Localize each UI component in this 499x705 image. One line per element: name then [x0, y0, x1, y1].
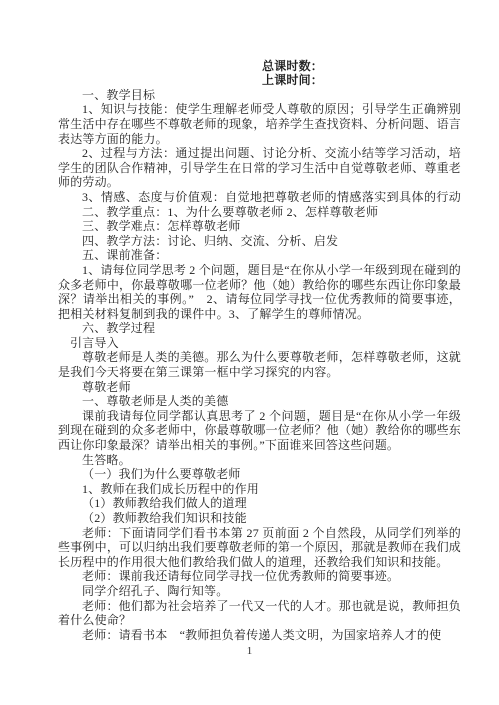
document-line: 五、课前准备：: [58, 248, 461, 263]
document-line: （2）教师教给我们知识和技能: [58, 511, 461, 526]
document-line: 1、教师在我们成长历程中的作用: [58, 482, 461, 497]
document-line: 四、教学方法：讨论、归纳、交流、分析、启发: [58, 234, 461, 249]
header-line-type: 课型：新授 总课时数：: [58, 59, 461, 74]
document-line: 众多老师中，你最尊敬哪一位老师？他（她）教给你的哪些东西让你印象最: [58, 278, 461, 293]
document-line: 着什么使命？: [58, 613, 461, 628]
document-line: 老师：课前我还请每位同学寻找一位优秀教师的简要事迹。: [58, 569, 461, 584]
document-line: 生答略。: [58, 453, 461, 468]
document-line: 1、知识与技能：使学生理解老师受人尊敬的原因；引导学生正确辨别日: [58, 102, 461, 117]
document-page: 课题：尊敬老师 课型：新授 总课时数： 备课时间： 上课时间： 一、教学目标1、…: [0, 0, 499, 705]
document-line: 老师：下面请同学们看书本第 27 页前面 2 个自然段，从同学们列举的这: [58, 526, 461, 541]
document-content: 课题：尊敬老师 课型：新授 总课时数： 备课时间： 上课时间： 一、教学目标1、…: [58, 44, 461, 642]
document-line: 常生活中存在哪些不尊敬老师的现象，培养学生查找资料、分析问题、语言: [58, 117, 461, 132]
document-body: 一、教学目标1、知识与技能：使学生理解老师受人尊敬的原因；引导学生正确辨别日常生…: [58, 88, 461, 643]
page-number: 1: [0, 645, 499, 658]
document-line: 2、过程与方法：通过提出问题、讨论分析、交流小结等学习活动，培养: [58, 146, 461, 161]
document-line: 西让你印象最深？请举出相关的事例。”下面谁来回答这些问题。: [58, 438, 461, 453]
document-line: 3、情感、态度与价值观：自觉地把尊敬老师的情感落实到具体的行动中。: [58, 190, 461, 205]
document-line: 师的劳动。: [58, 175, 461, 190]
header-line-times: 备课时间： 上课时间：: [58, 73, 461, 88]
class-time-label: 上课时间：: [262, 73, 323, 88]
header-line-title: 课题：尊敬老师: [58, 44, 461, 59]
document-line: 表达等方面的能力。: [58, 132, 461, 147]
document-line: 是我们今天将要在第三课第一框中学习探究的内容。: [58, 365, 461, 380]
document-line: 学生的团队合作精神，引导学生在日常的学习生活中自觉尊敬老师、尊重老: [58, 161, 461, 176]
document-line: 引言导入: [58, 336, 461, 351]
document-line: 同学介绍孔子、陶行知等。: [58, 584, 461, 599]
document-line: 到现在碰到的众多老师中，你最尊敬哪一位老师？他（她）教给你的哪些东: [58, 423, 461, 438]
document-line: 老师：他们都为社会培养了一代又一代的人才。那也就是说，教师担负: [58, 599, 461, 614]
document-line: 尊敬老师: [58, 380, 461, 395]
total-periods-label: 总课时数：: [262, 59, 323, 74]
document-line: 三、教学难点：怎样尊敬老师: [58, 219, 461, 234]
document-line: （1）教师教给我们做人的道理: [58, 496, 461, 511]
document-line: 一、尊敬老师是人类的美德: [58, 394, 461, 409]
document-line: 尊敬老师是人类的美德。那么为什么要尊敬老师，怎样尊敬老师，这就: [58, 350, 461, 365]
document-line: 1、请每位同学思考 2 个问题，题目是“在你从小学一年级到现在碰到的: [58, 263, 461, 278]
document-line: 一、教学目标: [58, 88, 461, 103]
document-line: （一）我们为什么要尊敬老师: [58, 467, 461, 482]
document-line: 深？请举出相关的事例。” 2、请每位同学寻找一位优秀教师的简要事迹，: [58, 292, 461, 307]
document-line: 长历程中的作用很大他们教给我们做人的道理，还教给我们知识和技能。: [58, 555, 461, 570]
document-line: 课前我请每位同学都认真思考了 2 个问题，题目是“在你从小学一年级: [58, 409, 461, 424]
document-line: 老师：请看书本 “教师担负着传递人类文明，为国家培养人才的使命”。: [58, 628, 461, 643]
document-line: 六、教学过程: [58, 321, 461, 336]
document-line: 把相关材料复制到我的课件中。3、了解学生的尊师情况。: [58, 307, 461, 322]
document-line: 些事例中，可以归纳出我们要尊敬老师的第一个原因，那就是教师在我们成: [58, 540, 461, 555]
document-line: 二、教学重点：1、为什么要尊敬老师 2、怎样尊敬老师: [58, 205, 461, 220]
